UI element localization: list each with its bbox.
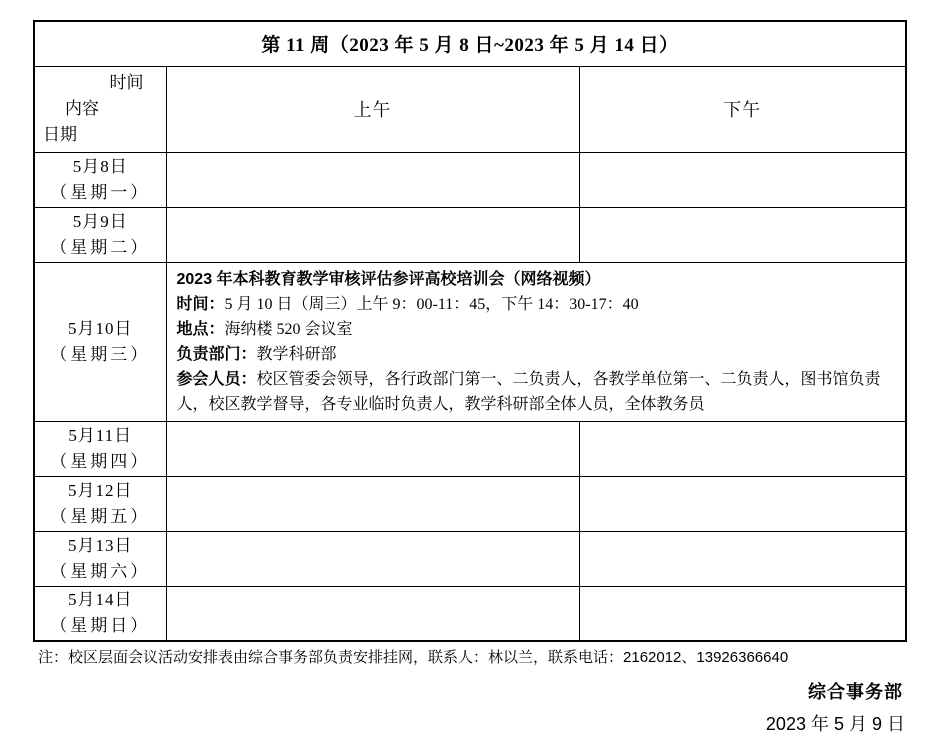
morning-cell	[166, 476, 579, 531]
event-attendees-label: 参会人员：	[177, 371, 257, 388]
date-label: 5月12日	[35, 478, 166, 504]
corner-label-time: 时间	[35, 70, 166, 96]
date-label: 5月9日	[35, 209, 166, 235]
date-label: 5月10日	[35, 316, 166, 342]
footer-note: 注：校区层面会议活动安排表由综合事务部负责安排挂网，联系人：林以兰，联系电话：2…	[38, 646, 788, 667]
weekday-label: （星期日）	[35, 613, 166, 639]
morning-cell	[166, 152, 579, 207]
header-corner-cell: 时间 内容 日期	[34, 66, 166, 152]
corner-label-date: 日期	[35, 122, 166, 148]
event-title: 2023 年本科教育教学审核评估参评高校培训会（网络视频）	[177, 267, 898, 292]
morning-cell	[166, 421, 579, 476]
weekday-label: （星期六）	[35, 559, 166, 585]
date-cell: 5月11日 （星期四）	[34, 421, 166, 476]
event-time-value: 5 月 10 日（周三）上午 9：00-11：45，下午 14：30-17：40	[225, 296, 639, 313]
table-row: 5月8日 （星期一）	[34, 152, 906, 207]
afternoon-cell	[579, 531, 906, 586]
afternoon-cell	[579, 586, 906, 641]
event-department-value: 教学科研部	[257, 346, 337, 363]
event-department-row: 负责部门：教学科研部	[177, 342, 898, 367]
table-title-row: 第 11 周（2023 年 5 月 8 日~2023 年 5 月 14 日）	[34, 21, 906, 66]
event-attendees-value: 校区管委会领导，各行政部门第一、二负责人，各教学单位第一、二负责人，图书馆负责人…	[177, 371, 881, 413]
date-cell: 5月13日 （星期六）	[34, 531, 166, 586]
weekday-label: （星期三）	[35, 342, 166, 368]
date-label: 5月8日	[35, 154, 166, 180]
table-row: 5月12日 （星期五）	[34, 476, 906, 531]
corner-label-content: 内容	[35, 96, 166, 122]
weekday-label: （星期五）	[35, 504, 166, 530]
date-cell: 5月9日 （星期二）	[34, 207, 166, 262]
signature-date: 2023 年 5 月 9 日	[766, 710, 905, 736]
event-location-value: 海纳楼 520 会议室	[225, 321, 353, 338]
event-cell: 2023 年本科教育教学审核评估参评高校培训会（网络视频） 时间：5 月 10 …	[166, 262, 906, 421]
column-header-afternoon: 下午	[579, 66, 906, 152]
table-row: 5月9日 （星期二）	[34, 207, 906, 262]
weekday-label: （星期一）	[35, 180, 166, 206]
date-label: 5月13日	[35, 533, 166, 559]
table-title: 第 11 周（2023 年 5 月 8 日~2023 年 5 月 14 日）	[34, 21, 906, 66]
table-header-row: 时间 内容 日期 上午 下午	[34, 66, 906, 152]
table-row-event: 5月10日 （星期三） 2023 年本科教育教学审核评估参评高校培训会（网络视频…	[34, 262, 906, 421]
morning-cell	[166, 586, 579, 641]
column-header-morning: 上午	[166, 66, 579, 152]
event-location-row: 地点：海纳楼 520 会议室	[177, 317, 898, 342]
date-cell: 5月12日 （星期五）	[34, 476, 166, 531]
signature-department: 综合事务部	[808, 678, 903, 704]
event-time-row: 时间：5 月 10 日（周三）上午 9：00-11：45，下午 14：30-17…	[177, 292, 898, 317]
date-label: 5月11日	[35, 423, 166, 449]
afternoon-cell	[579, 207, 906, 262]
morning-cell	[166, 207, 579, 262]
date-cell: 5月8日 （星期一）	[34, 152, 166, 207]
table-row: 5月14日 （星期日）	[34, 586, 906, 641]
document-page: 第 11 周（2023 年 5 月 8 日~2023 年 5 月 14 日） 时…	[0, 0, 933, 756]
date-cell: 5月14日 （星期日）	[34, 586, 166, 641]
afternoon-cell	[579, 421, 906, 476]
weekday-label: （星期二）	[35, 235, 166, 261]
event-attendees-row: 参会人员：校区管委会领导，各行政部门第一、二负责人，各教学单位第一、二负责人，图…	[177, 367, 898, 417]
afternoon-cell	[579, 476, 906, 531]
event-time-label: 时间：	[177, 296, 225, 313]
date-cell: 5月10日 （星期三）	[34, 262, 166, 421]
event-department-label: 负责部门：	[177, 346, 257, 363]
morning-cell	[166, 531, 579, 586]
table-row: 5月11日 （星期四）	[34, 421, 906, 476]
date-label: 5月14日	[35, 587, 166, 613]
afternoon-cell	[579, 152, 906, 207]
weekday-label: （星期四）	[35, 449, 166, 475]
event-location-label: 地点：	[177, 321, 225, 338]
weekly-schedule-table: 第 11 周（2023 年 5 月 8 日~2023 年 5 月 14 日） 时…	[33, 20, 907, 642]
table-row: 5月13日 （星期六）	[34, 531, 906, 586]
